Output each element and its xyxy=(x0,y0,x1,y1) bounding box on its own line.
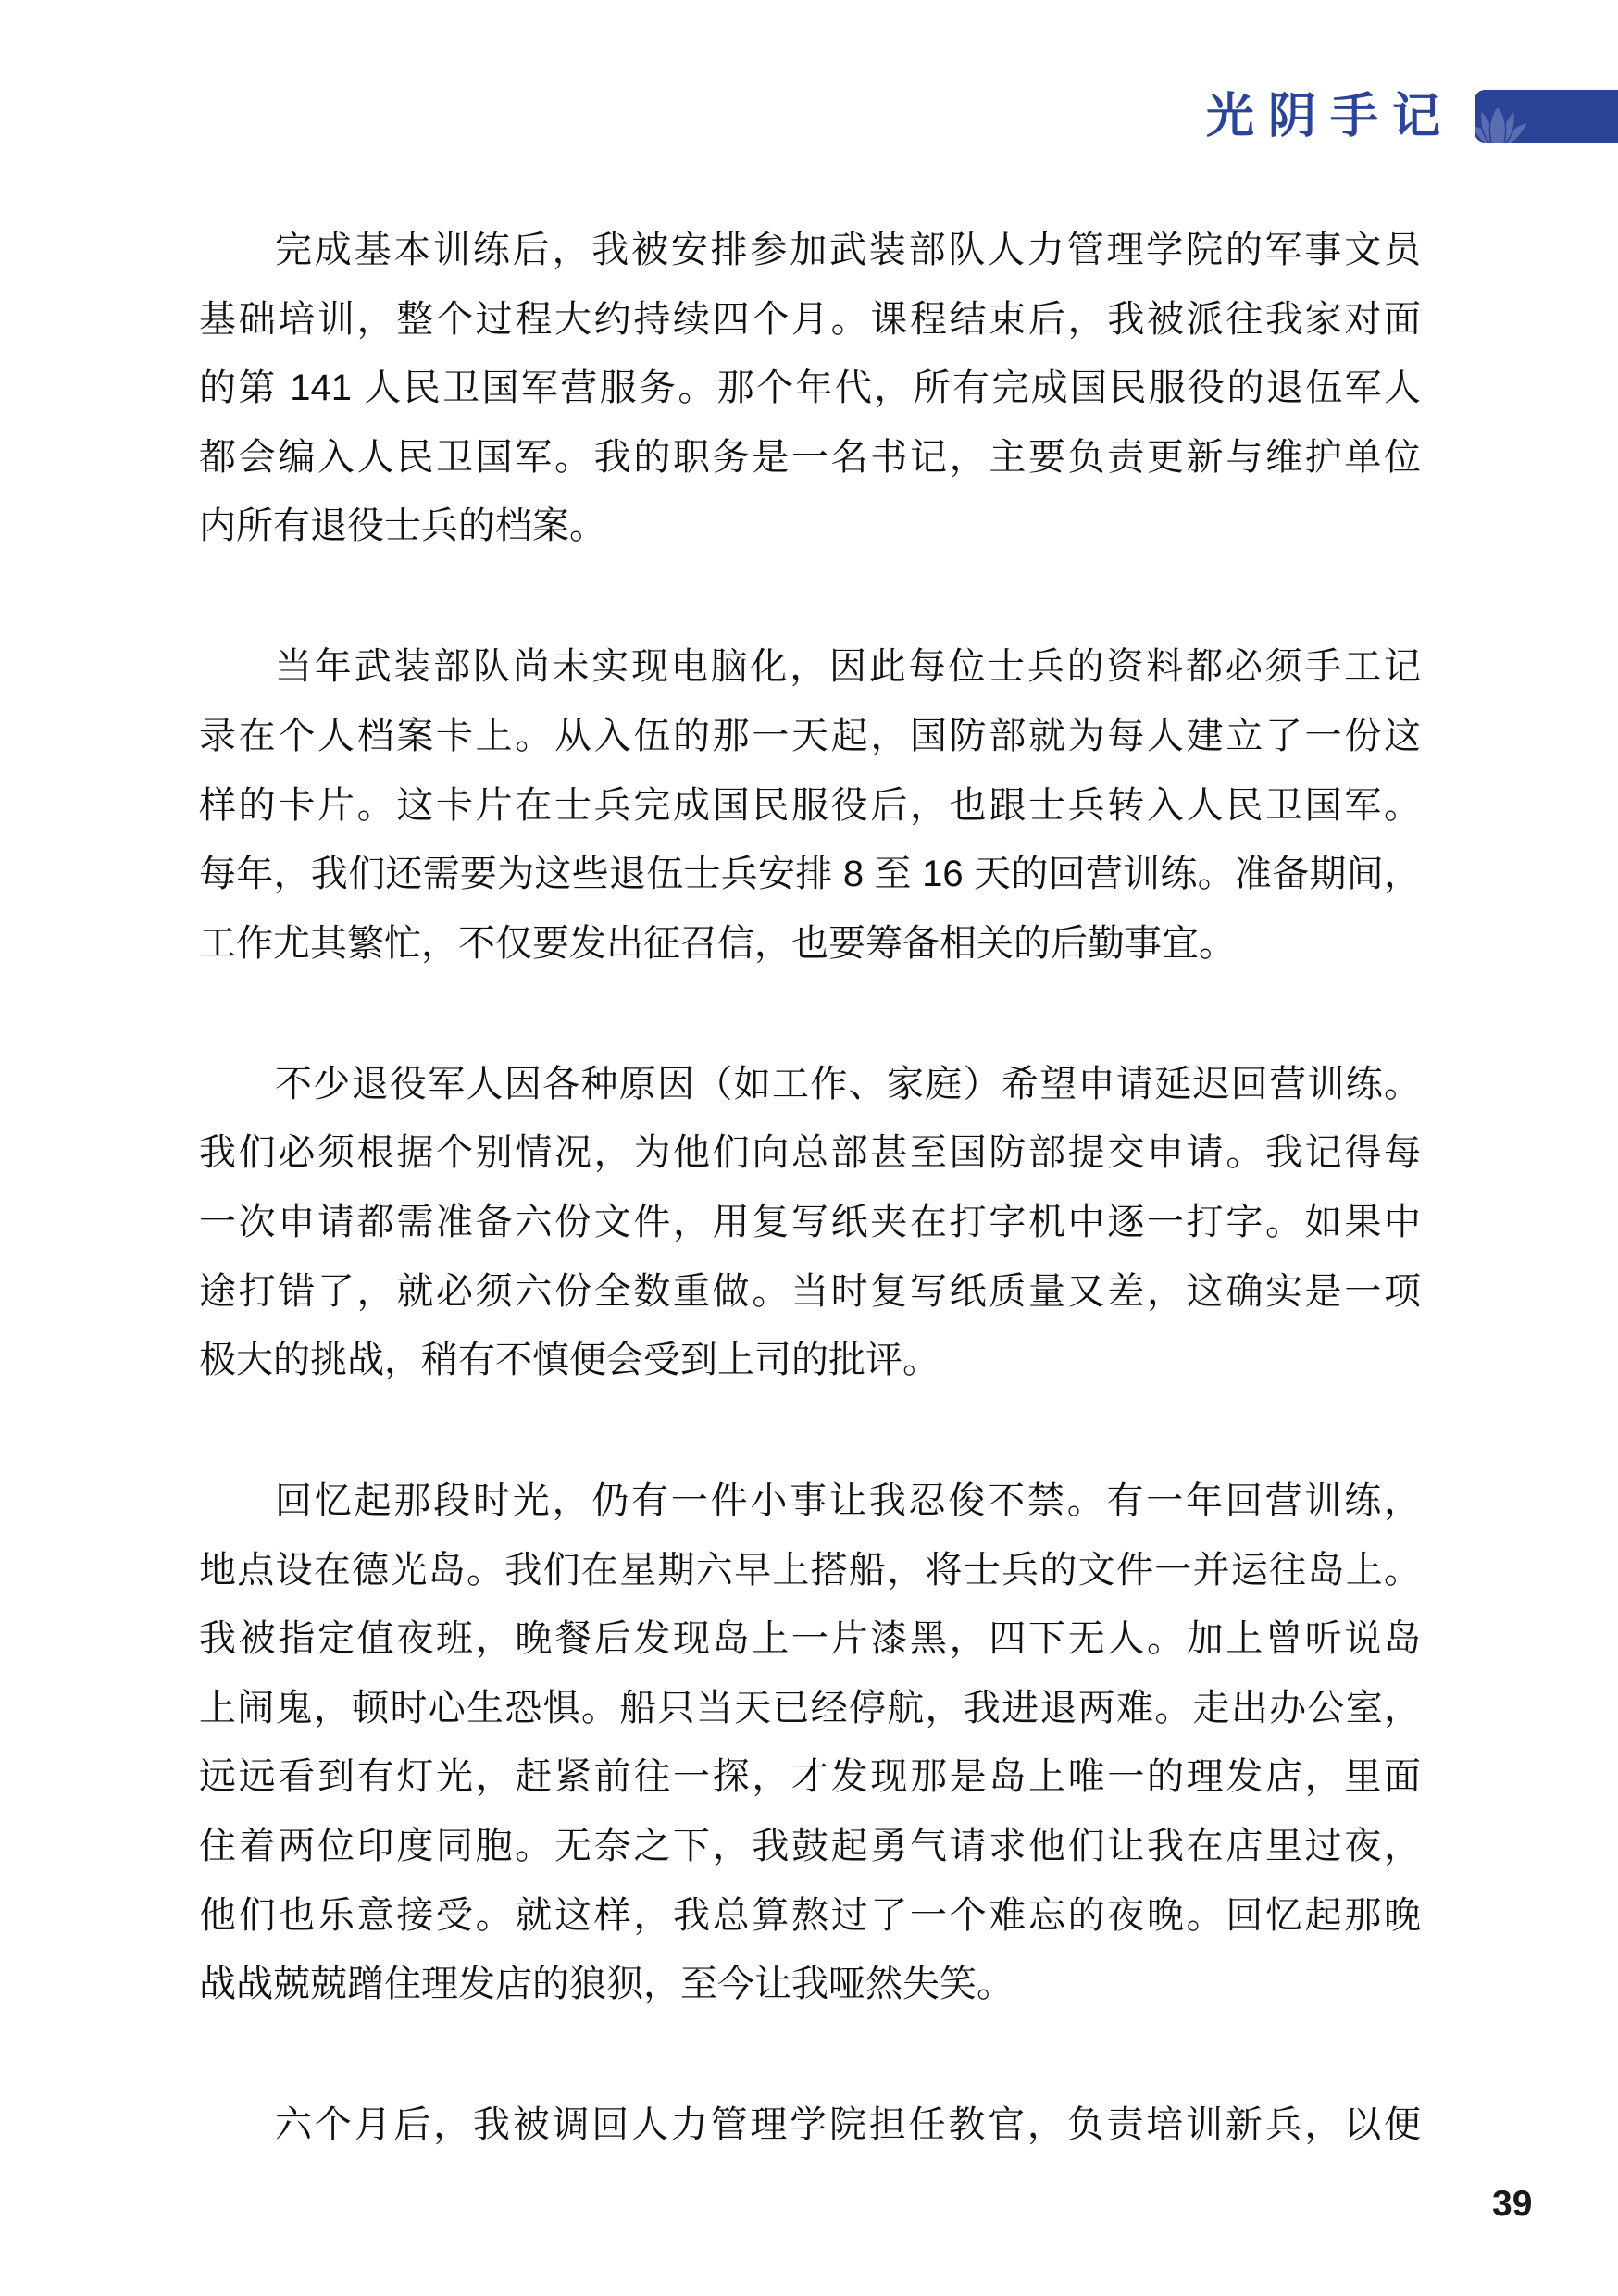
text-line: 每年，我们还需要为这些退伍士兵安排 8 至 16 天的回营训练。准备期间， xyxy=(199,840,1421,909)
text-line: 都会编入人民卫国军。我的职务是一名书记，主要负责更新与维护单位 xyxy=(199,423,1421,493)
page-number: 39 xyxy=(1492,2184,1532,2225)
text-line: 基础培训，整个过程大约持续四个月。课程结束后，我被派往我家对面 xyxy=(199,285,1421,355)
text-line: 不少退役军人因各种原因（如工作、家庭）希望申请延迟回营训练。 xyxy=(199,1050,1421,1119)
paragraph: 完成基本训练后，我被安排参加武装部队人力管理学院的军事文员 基础培训，整个过程大… xyxy=(199,216,1421,561)
paragraph: 六个月后，我被调回人力管理学院担任教官，负责培训新兵，以便 xyxy=(199,2090,1421,2160)
body-text: 完成基本训练后，我被安排参加武装部队人力管理学院的军事文员 基础培训，整个过程大… xyxy=(199,216,1421,2231)
text-line: 地点设在德光岛。我们在星期六早上搭船，将士兵的文件一并运往岛上。 xyxy=(199,1536,1421,1605)
text-line: 一次申请都需准备六份文件，用复写纸夹在打字机中逐一打字。如果中 xyxy=(199,1188,1421,1257)
text-line: 途打错了，就必须六份全数重做。当时复写纸质量又差，这确实是一项 xyxy=(199,1257,1421,1327)
paragraph: 不少退役军人因各种原因（如工作、家庭）希望申请延迟回营训练。 我们必须根据个别情… xyxy=(199,1050,1421,1395)
text-line: 录在个人档案卡上。从入伍的那一天起，国防部就为每人建立了一份这 xyxy=(199,702,1421,771)
text-line: 远远看到有灯光，赶紧前往一探，才发现那是岛上唯一的理发店，里面 xyxy=(199,1742,1421,1812)
text-line: 回忆起那段时光，仍有一件小事让我忍俊不禁。有一年回营训练， xyxy=(199,1466,1421,1536)
text-line: 上闹鬼，顿时心生恐惧。船只当天已经停航，我进退两难。走出办公室， xyxy=(199,1674,1421,1743)
text-line: 内所有退役士兵的档案。 xyxy=(199,492,1421,561)
text-line: 当年武装部队尚未实现电脑化，因此每位士兵的资料都必须手工记 xyxy=(199,632,1421,702)
text-line: 我们必须根据个别情况，为他们向总部甚至国防部提交申请。我记得每 xyxy=(199,1118,1421,1188)
text-line: 他们也乐意接受。就这样，我总算熬过了一个难忘的夜晚。回忆起那晚 xyxy=(199,1881,1421,1951)
text-line: 完成基本训练后，我被安排参加武装部队人力管理学院的军事文员 xyxy=(199,216,1421,285)
lotus-icon xyxy=(1475,90,1618,143)
text-line: 工作尤其繁忙，不仅要发出征召信，也要筹备相关的后勤事宜。 xyxy=(199,909,1421,979)
running-header-title: 光阴手记 xyxy=(1206,93,1454,143)
paragraph: 回忆起那段时光，仍有一件小事让我忍俊不禁。有一年回营训练， 地点设在德光岛。我们… xyxy=(199,1466,1421,2019)
text-line: 极大的挑战，稍有不慎便会受到上司的批评。 xyxy=(199,1326,1421,1395)
paragraph: 当年武装部队尚未实现电脑化，因此每位士兵的资料都必须手工记 录在个人档案卡上。从… xyxy=(199,632,1421,978)
text-line: 样的卡片。这卡片在士兵完成国民服役后，也跟士兵转入人民卫国军。 xyxy=(199,771,1421,841)
text-line: 我被指定值夜班，晚餐后发现岛上一片漆黑，四下无人。加上曾听说岛 xyxy=(199,1604,1421,1674)
text-line: 的第 141 人民卫国军营服务。那个年代，所有完成国民服役的退伍军人 xyxy=(199,354,1421,423)
text-line: 战战兢兢蹭住理发店的狼狈，至今让我哑然失笑。 xyxy=(199,1950,1421,2019)
header-badge xyxy=(1475,90,1618,143)
text-line: 六个月后，我被调回人力管理学院担任教官，负责培训新兵，以便 xyxy=(199,2090,1421,2160)
text-line: 住着两位印度同胞。无奈之下，我鼓起勇气请求他们让我在店里过夜， xyxy=(199,1812,1421,1881)
